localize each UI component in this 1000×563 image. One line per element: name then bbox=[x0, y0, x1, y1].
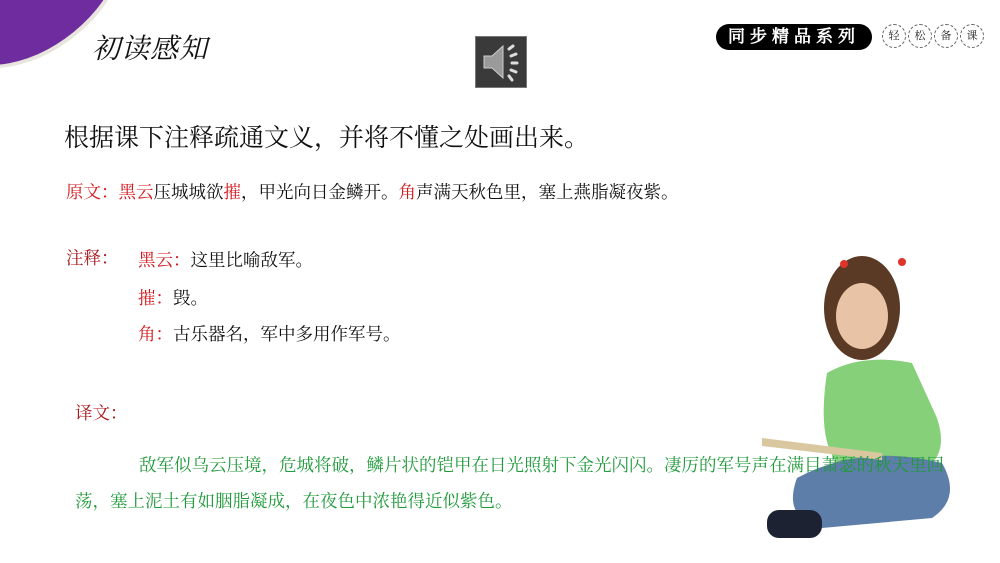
plain-text: 压城城欲 bbox=[154, 183, 224, 203]
instruction-text: 根据课下注释疏通文义，并将不懂之处画出来。 bbox=[64, 118, 589, 154]
circle-char: 课 bbox=[960, 24, 984, 48]
original-label: 原文： bbox=[66, 183, 119, 203]
plain-text: 声满天秋色里，塞上燕脂凝夜紫。 bbox=[416, 183, 679, 203]
note-item: 角：古乐器名，军中多用作军号。 bbox=[138, 321, 401, 346]
highlight-term: 黑云 bbox=[119, 183, 154, 203]
highlight-term: 角 bbox=[399, 183, 417, 203]
circle-char: 备 bbox=[934, 24, 958, 48]
note-item: 黑云：这里比喻敌军。 bbox=[138, 247, 313, 272]
note-term: 角： bbox=[138, 325, 173, 345]
note-definition: 毁。 bbox=[173, 289, 208, 309]
note-definition: 这里比喻敌军。 bbox=[191, 251, 314, 271]
circle-char: 松 bbox=[908, 24, 932, 48]
slide-title: 初读感知 bbox=[92, 27, 208, 67]
note-definition: 古乐器名，军中多用作军号。 bbox=[173, 325, 401, 345]
original-text: 原文：黑云压城城欲摧，甲光向日金鳞开。角声满天秋色里，塞上燕脂凝夜紫。 bbox=[66, 179, 679, 204]
highlight-term: 摧 bbox=[224, 183, 242, 203]
notes-label: 注释： bbox=[66, 245, 119, 270]
note-term: 摧： bbox=[138, 289, 173, 309]
plain-text: ，甲光向日金鳞开。 bbox=[241, 183, 399, 203]
note-term: 黑云： bbox=[138, 251, 191, 271]
audio-button[interactable] bbox=[475, 36, 527, 88]
series-circles: 轻 松 备 课 bbox=[882, 24, 984, 48]
speaker-icon bbox=[476, 37, 526, 87]
translation-label: 译文： bbox=[75, 400, 128, 425]
translation-text: 敌军似乌云压境，危城将破，鳞片状的铠甲在日光照射下金光闪闪。凄厉的军号声在满目萧… bbox=[75, 448, 955, 520]
series-badge: 同步精品系列 bbox=[716, 24, 872, 50]
note-item: 摧：毁。 bbox=[138, 285, 208, 310]
circle-char: 轻 bbox=[882, 24, 906, 48]
